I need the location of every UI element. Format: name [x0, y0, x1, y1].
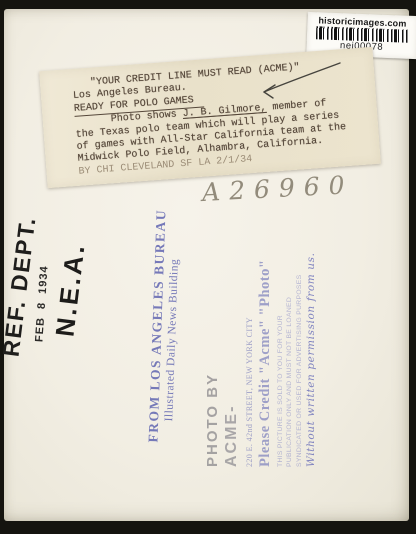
acme-credit-line: Please Credit "Acme" "Photo"	[257, 243, 274, 467]
acme-fine-print-4: Without written permission from us.	[305, 243, 317, 467]
acme-fine-print-3: SYNDICATED OR USED FOR ADVERTISING PURPO…	[296, 243, 303, 467]
nea-stamp: N.E.A.	[49, 234, 100, 346]
acme-text: ACME-	[223, 243, 241, 467]
pencil-arrow-icon	[254, 56, 349, 104]
scan-background: { "colors": { "scan_background": "#15140…	[0, 0, 416, 534]
archive-number-handwriting: A26960	[201, 170, 354, 207]
la-bureau-stamp: FROM LOS ANGELES BUREAU Illustrated Dail…	[145, 236, 192, 443]
acme-fine-print-1: THIS PICTURE IS SOLD TO YOU FOR YOUR	[277, 243, 284, 467]
acme-fine-print-2: PUBLICATION ONLY AND MUST NOT BE LOANED	[286, 243, 293, 467]
acme-address: 220 E. 42nd STREET, NEW YORK CITY	[245, 243, 254, 467]
acme-credit-stamp: PHOTO BY ACME- 220 E. 42nd STREET, NEW Y…	[204, 243, 342, 467]
photo-by-text: PHOTO BY	[204, 243, 221, 467]
photo-back: historicimages.com nei00078 "YOUR CREDIT…	[4, 9, 409, 521]
